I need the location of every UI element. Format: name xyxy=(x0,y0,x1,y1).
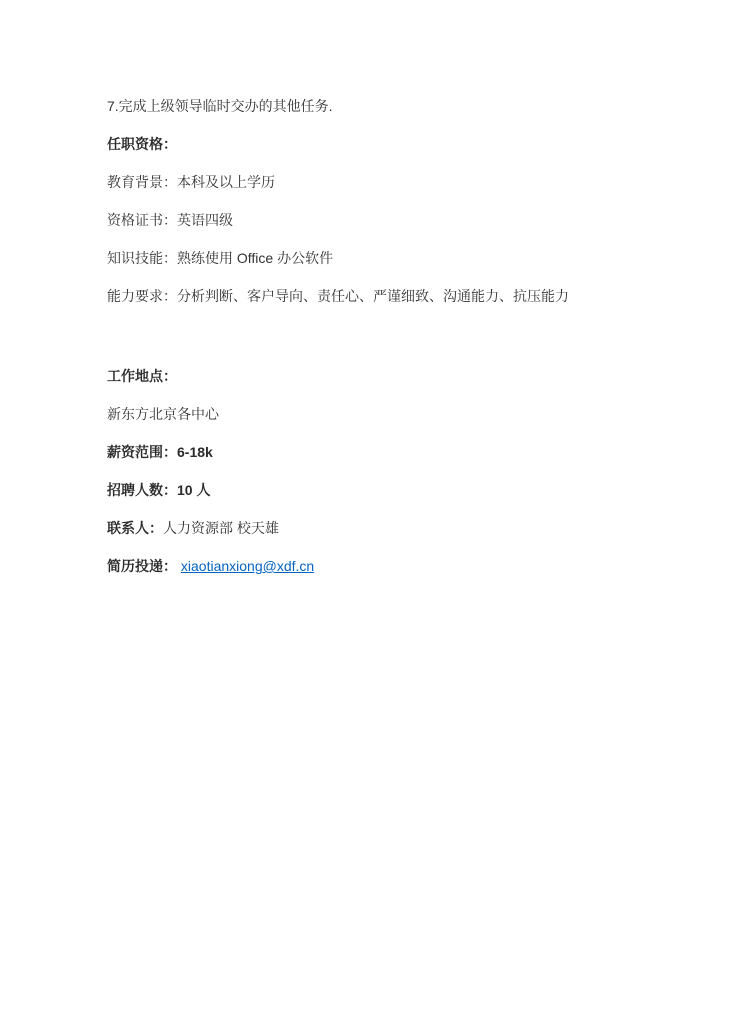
work-location-heading: 工作地点： xyxy=(107,366,670,386)
skills-line: 知识技能：熟练使用 Office 办公软件 xyxy=(107,248,670,268)
education-background-line: 教育背景：本科及以上学历 xyxy=(107,172,670,192)
certificate-line: 资格证书：英语四级 xyxy=(107,210,670,230)
contact-label: 联系人： xyxy=(107,520,163,536)
salary-range-line: 薪资范围：6-18k xyxy=(107,442,670,462)
contact-line: 联系人：人力资源部 校天雄 xyxy=(107,518,670,538)
contact-value: 人力资源部 校天雄 xyxy=(163,520,279,536)
work-location-value: 新东方北京各中心 xyxy=(107,404,670,424)
task-item-7: 7.完成上级领导临时交办的其他任务. xyxy=(107,96,670,116)
headcount-line: 招聘人数：10 人 xyxy=(107,480,670,500)
document-page: 7.完成上级领导临时交办的其他任务. 任职资格： 教育背景：本科及以上学历 资格… xyxy=(0,0,730,1032)
resume-line: 简历投递： xiaotianxiong@xdf.cn xyxy=(107,556,670,576)
resume-label: 简历投递： xyxy=(107,558,177,574)
qualifications-heading: 任职资格： xyxy=(107,134,670,154)
abilities-line: 能力要求：分析判断、客户导向、责任心、严谨细致、沟通能力、抗压能力 xyxy=(107,286,670,306)
blank-paragraph-spacer xyxy=(107,324,670,366)
resume-email-link[interactable]: xiaotianxiong@xdf.cn xyxy=(181,558,314,574)
